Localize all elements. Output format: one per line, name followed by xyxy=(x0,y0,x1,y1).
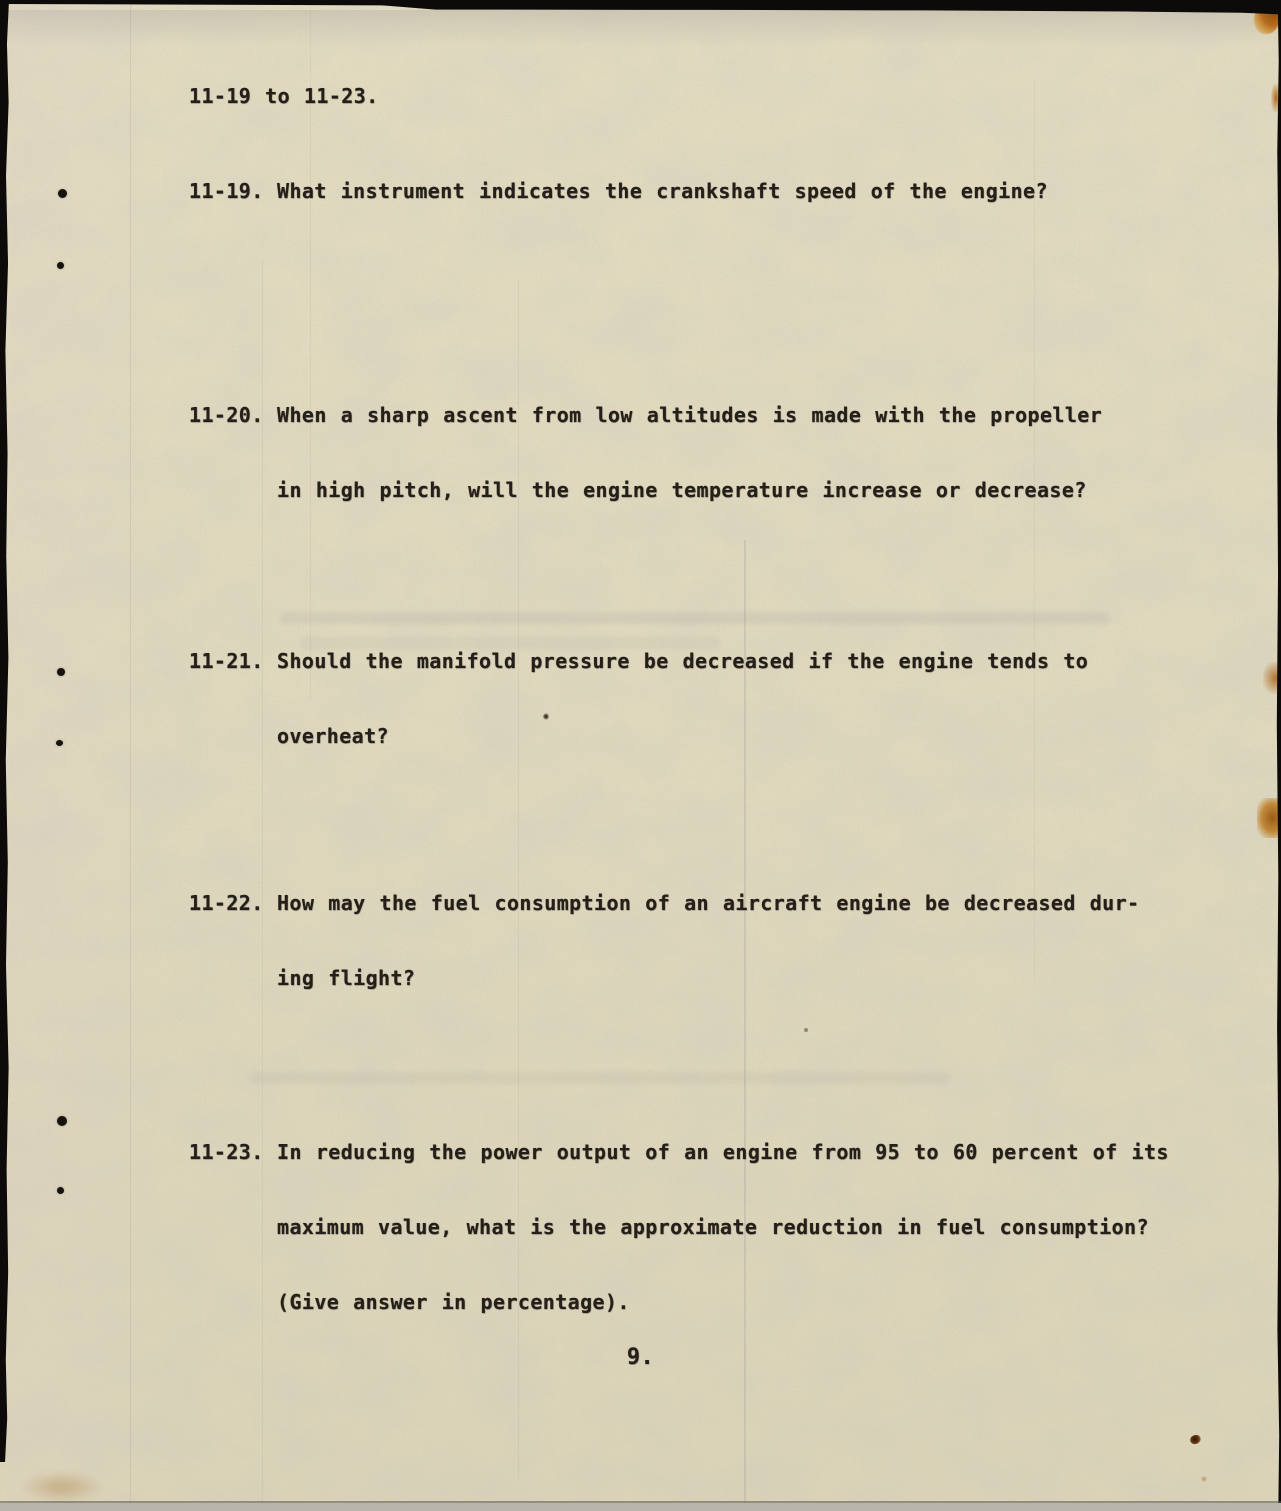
question-line: maximum value, what is the approximate r… xyxy=(277,1215,1169,1240)
question-line: 11-20.When a sharp ascent from low altit… xyxy=(189,403,1102,428)
question-11-19: 11-19.What instrument indicates the cran… xyxy=(189,129,1048,254)
question-number: 11-21. xyxy=(189,649,277,674)
rust-stain-right-edge xyxy=(1257,798,1281,838)
ink-speck xyxy=(543,713,549,720)
question-text: Should the manifold pressure be decrease… xyxy=(277,649,1088,673)
ink-speck xyxy=(804,1028,808,1032)
question-text: In reducing the power output of an engin… xyxy=(277,1140,1169,1164)
question-range-header: 11-19 to 11-23. xyxy=(189,84,379,109)
question-line: 11-22.How may the fuel consumption of an… xyxy=(189,891,1140,916)
question-line: 11-23.In reducing the power output of an… xyxy=(189,1140,1169,1165)
question-line: (Give answer in percentage). xyxy=(277,1290,1169,1315)
scanned-page: 11-19 to 11-23. 11-19.What instrument in… xyxy=(0,0,1281,1511)
question-line: 11-21.Should the manifold pressure be de… xyxy=(189,649,1088,674)
ink-speck xyxy=(57,262,64,269)
question-number: 11-23. xyxy=(189,1140,277,1165)
orange-speck-bottom xyxy=(1201,1476,1207,1482)
ink-speck xyxy=(57,1187,64,1194)
page-number: 9. xyxy=(0,1345,1281,1370)
typewritten-text-layer: 11-19 to 11-23. 11-19.What instrument in… xyxy=(0,0,1281,1511)
scan-edge-bottom-strip xyxy=(0,1503,1281,1511)
question-line: in high pitch, will the engine temperatu… xyxy=(277,478,1102,503)
question-11-20: 11-20.When a sharp ascent from low altit… xyxy=(189,353,1102,553)
question-number: 11-19. xyxy=(189,179,277,204)
question-number: 11-22. xyxy=(189,891,277,916)
question-line: ing flight? xyxy=(277,966,1140,991)
question-text: When a sharp ascent from low altitudes i… xyxy=(277,403,1102,427)
question-11-21: 11-21.Should the manifold pressure be de… xyxy=(189,599,1088,799)
question-11-22: 11-22.How may the fuel consumption of an… xyxy=(189,841,1140,1041)
tan-stain-bottom-left xyxy=(22,1472,102,1502)
question-text: What instrument indicates the crankshaft… xyxy=(277,179,1048,203)
ink-speck xyxy=(57,668,65,676)
question-line: 11-19.What instrument indicates the cran… xyxy=(189,179,1048,204)
question-text: How may the fuel consumption of an aircr… xyxy=(277,891,1140,915)
ink-speck xyxy=(56,740,63,746)
question-line: overheat? xyxy=(277,724,1088,749)
question-11-23: 11-23.In reducing the power output of an… xyxy=(189,1090,1169,1365)
question-number: 11-20. xyxy=(189,403,277,428)
ink-speck xyxy=(58,189,67,198)
ink-speck xyxy=(57,1116,67,1126)
